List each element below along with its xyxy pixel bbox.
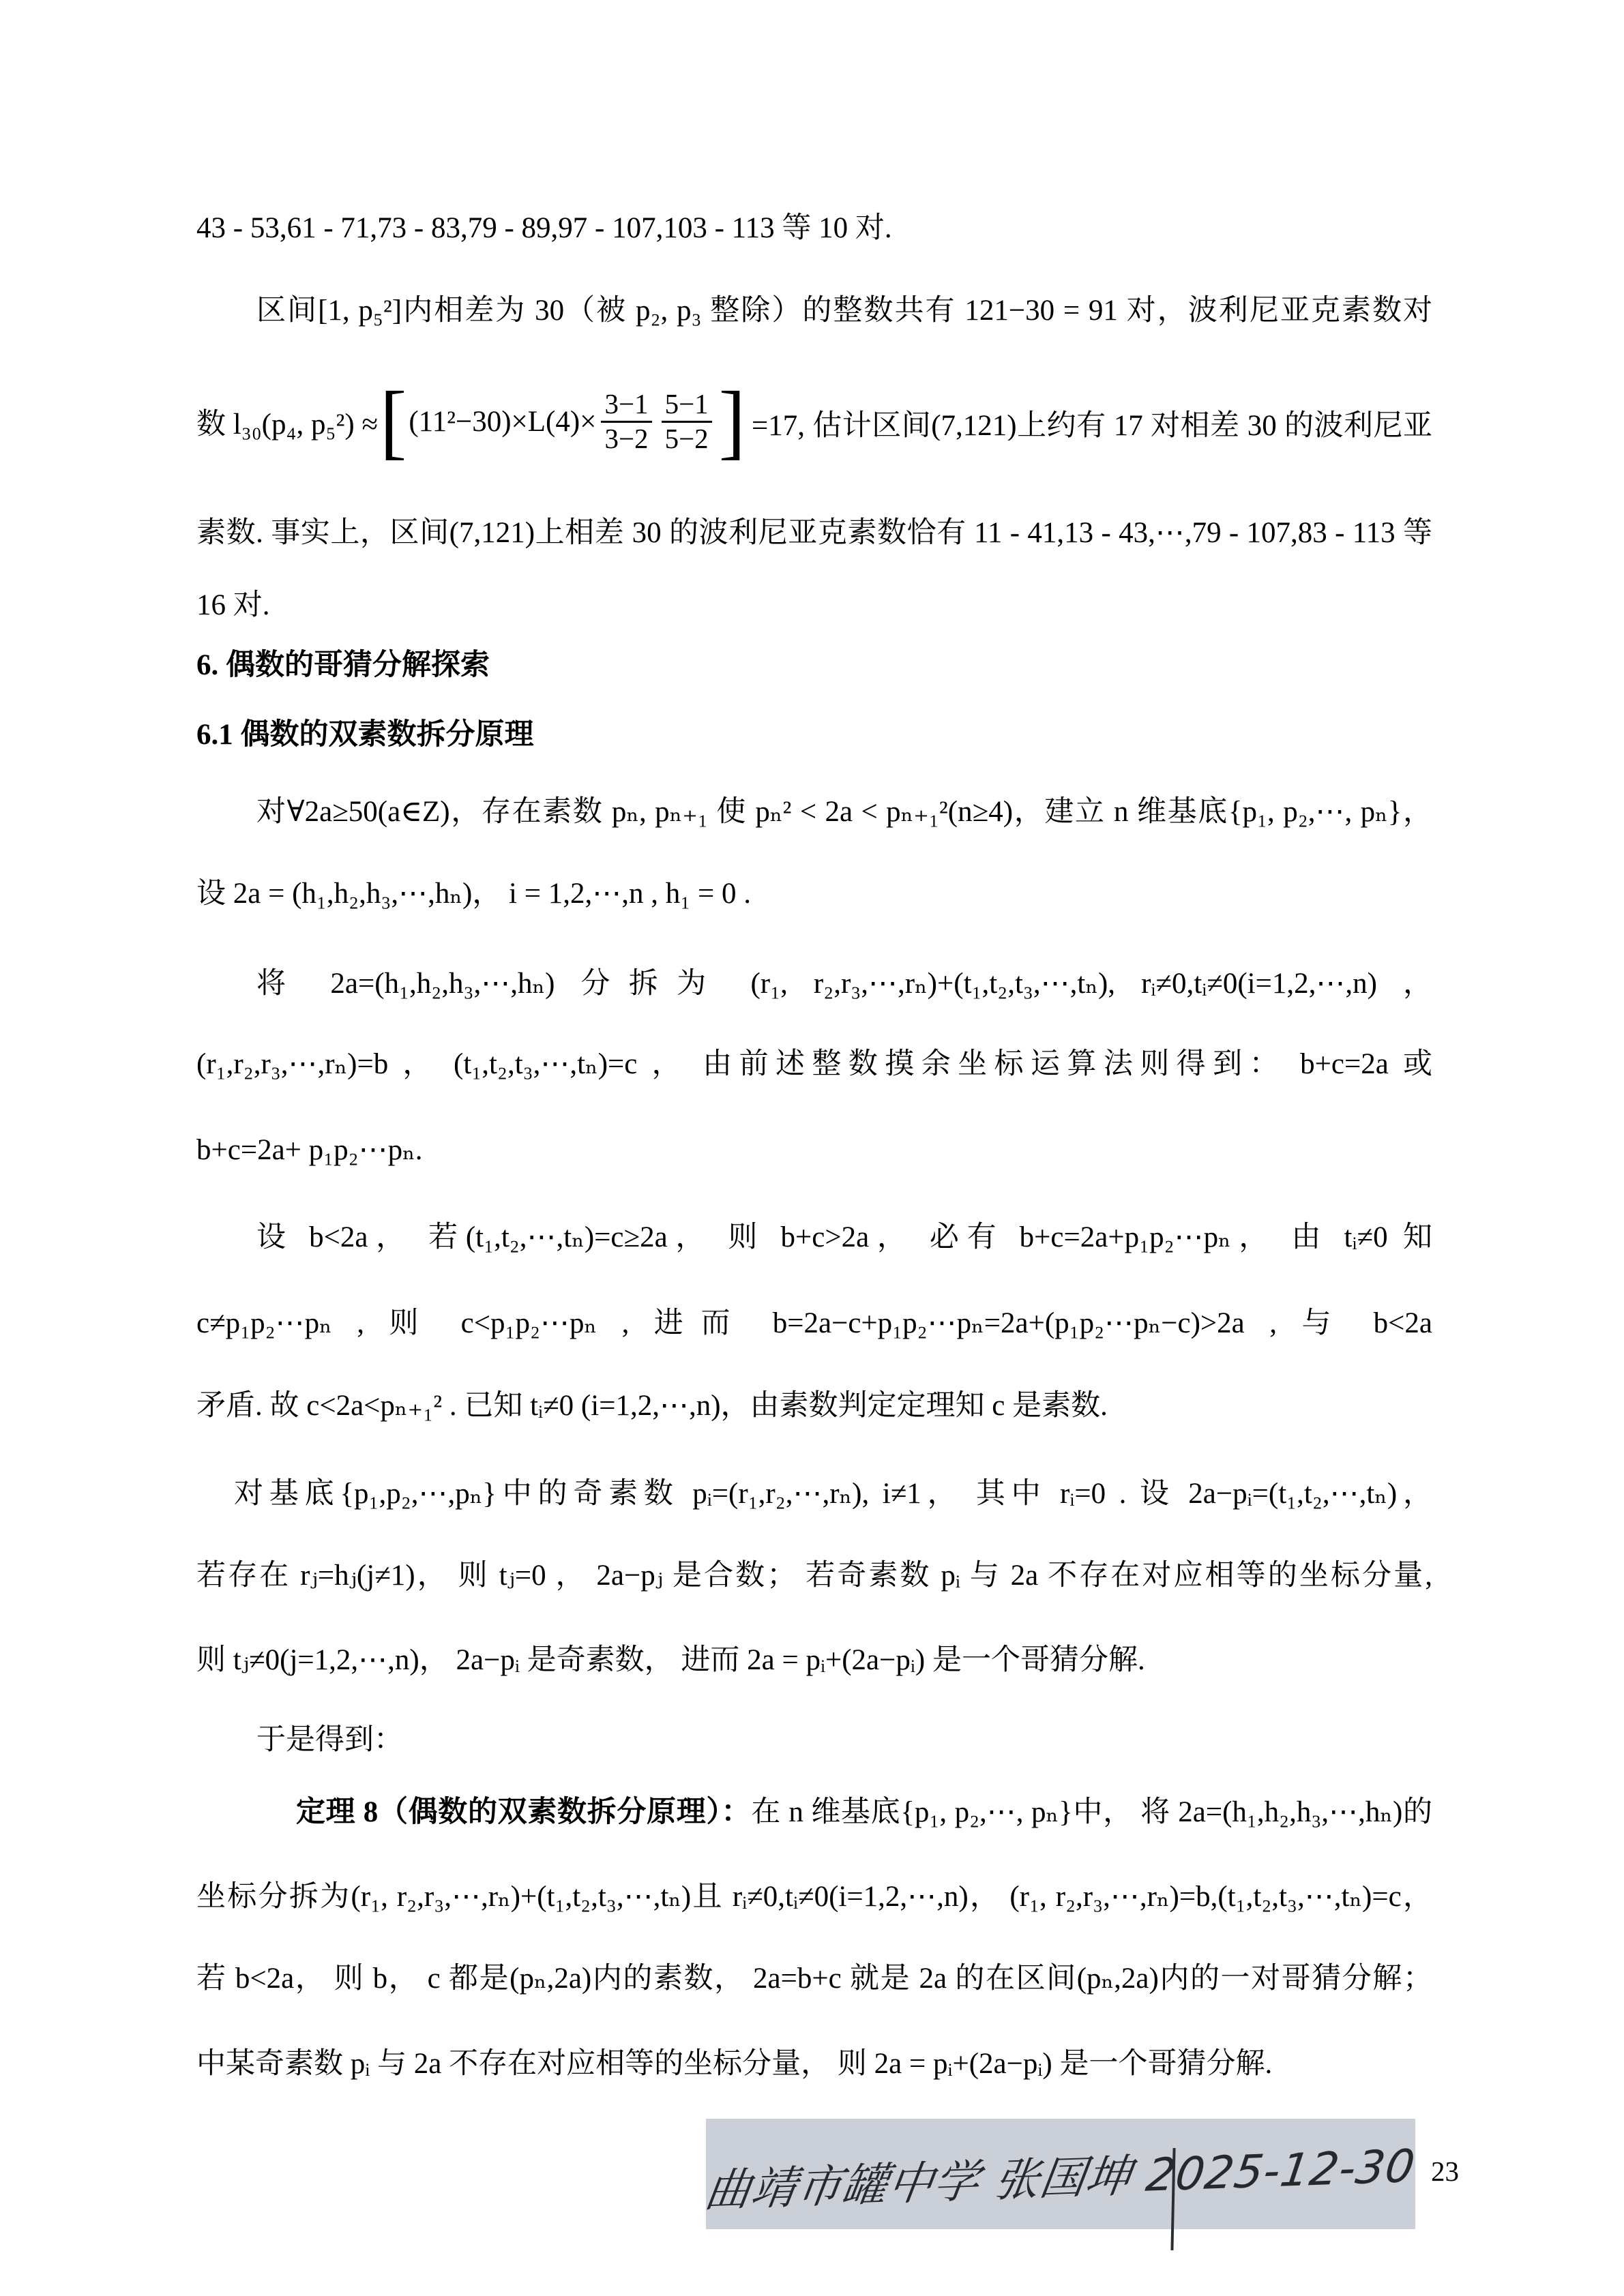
theorem-8-line-4: 中某奇素数 pᵢ 与 2a 不存在对应相等的坐标分量， 则 2a = pᵢ+(2… — [196, 2045, 1432, 2083]
odd-prime-paragraph-line-1: 对基底{p₁,p₂,⋯,pₙ}中的奇素数 pᵢ=(r₁,r₂,⋯,rₙ), i≠… — [196, 1475, 1432, 1516]
formula-body: (11²−30)×L(4)× — [409, 405, 596, 438]
theorem-8-line-1: 定理 8（偶数的双素数拆分原理）：在 n 维基底{p₁, p₂,⋯, pₙ}中，… — [196, 1793, 1432, 1834]
theorem-8-line-2: 坐标分拆为(r₁, r₂,r₃,⋯,rₙ)+(t₁,t₂,t₃,⋯,tₙ)且 r… — [196, 1878, 1432, 1919]
section-6-1-heading: 6.1 偶数的双素数拆分原理 — [196, 716, 1432, 754]
thus-line: 于是得到： — [196, 1721, 1432, 1759]
odd-prime-paragraph-line-3: 则 tⱼ≠0(j=1,2,⋯,n)， 2a−pᵢ 是奇素数， 进而 2a = p… — [196, 1641, 1432, 1680]
proof-paragraph-line-1: 设 b<2a， 若(t₁,t₂,⋯,tₙ)=c≥2a， 则 b+c>2a， 必有… — [196, 1219, 1432, 1259]
interval-paragraph-line-1: 区间[1, p₅²]内相差为 30（被 p₂, p₃ 整除）的整数共有 121−… — [196, 292, 1432, 333]
interval-paragraph-line-3: 素数. 事实上，区间(7,121)上相差 30 的波利尼亚克素数恰有 11 - … — [196, 514, 1432, 555]
handwritten-signature: 曲靖市罐中学 张国坤 2025-12-30 — [701, 2129, 1419, 2219]
fraction-three: 3−1 3−2 — [601, 388, 651, 454]
fraction-five: 5−1 5−2 — [662, 388, 712, 454]
split-paragraph-line-3: b+c=2a+ p₁p₂⋯pₙ. — [196, 1131, 1432, 1169]
theorem-8-title: 定理 8（偶数的双素数拆分原理）： — [296, 1796, 751, 1828]
fraction-five-denominator: 5−2 — [662, 423, 712, 455]
formula-suffix: =17, 估计区间(7,121)上约有 17 对相差 30 的波利尼亚克 — [752, 402, 1432, 441]
proof-paragraph-line-2: c≠p₁p₂⋯pₙ , 则 c<p₁p₂⋯pₙ , 进而 b=2a−c+p₁p₂… — [196, 1304, 1432, 1345]
fraction-three-denominator: 3−2 — [601, 423, 651, 455]
odd-prime-paragraph-line-2: 若存在 rⱼ=hⱼ(j≠1)， 则 tⱼ=0 ， 2a−pⱼ 是合数； 若奇素数… — [196, 1557, 1432, 1598]
section-6-heading: 6. 偶数的哥猜分解探索 — [196, 646, 1432, 685]
split-paragraph-line-2: (r₁,r₂,r₃,⋯,rₙ)=b ， (t₁,t₂,t₃,⋯,tₙ)=c ， … — [196, 1045, 1432, 1086]
fraction-five-numerator: 5−1 — [662, 388, 712, 422]
split-paragraph-line-1: 将 2a=(h₁,h₂,h₃,⋯,hₙ) 分拆为 (r₁, r₂,r₃,⋯,rₙ… — [196, 965, 1432, 1006]
basis-paragraph-line-1: 对∀2a≥50(a∈Z)，存在素数 pₙ, pₙ₊₁ 使 pₙ² < 2a < … — [196, 793, 1432, 834]
theorem-8-line-3: 若 b<2a， 则 b， c 都是(pₙ,2a)内的素数， 2a=b+c 就是 … — [196, 1960, 1432, 2001]
formula-prefix: 数 l₃₀(p₄, p₅²) ≈ — [196, 401, 378, 443]
fraction-three-numerator: 3−1 — [601, 388, 651, 422]
basis-paragraph-line-2: 设 2a = (h₁,h₂,h₃,⋯,hₙ)， i = 1,2,⋯,n , h₁… — [196, 875, 1432, 913]
interval-paragraph-line-4: 16 对. — [196, 586, 1432, 625]
theorem-8-statement-start: 在 n 维基底{p₁, p₂,⋯, pₙ}中， 将 2a=(h₁,h₂,h₃,⋯… — [751, 1796, 1432, 1828]
document-page: 43 - 53,61 - 71,73 - 83,79 - 89,97 - 107… — [0, 0, 1624, 2296]
signature-photo: 曲靖市罐中学 张国坤 2025-12-30 — [706, 2119, 1415, 2229]
polignac-formula-line: 数 l₃₀(p₄, p₅²) ≈ [ (11²−30)×L(4)× 3−1 3−… — [196, 374, 1432, 469]
page-number: 23 — [1431, 2155, 1459, 2188]
proof-paragraph-line-3: 矛盾. 故 c<2a<pₙ₊₁² . 已知 tᵢ≠0 (i=1,2,⋯,n)，由… — [196, 1387, 1432, 1425]
pairs-count-line: 43 - 53,61 - 71,73 - 83,79 - 89,97 - 107… — [196, 209, 1432, 248]
right-square-bracket: ] — [719, 380, 745, 464]
left-square-bracket: [ — [380, 380, 407, 464]
